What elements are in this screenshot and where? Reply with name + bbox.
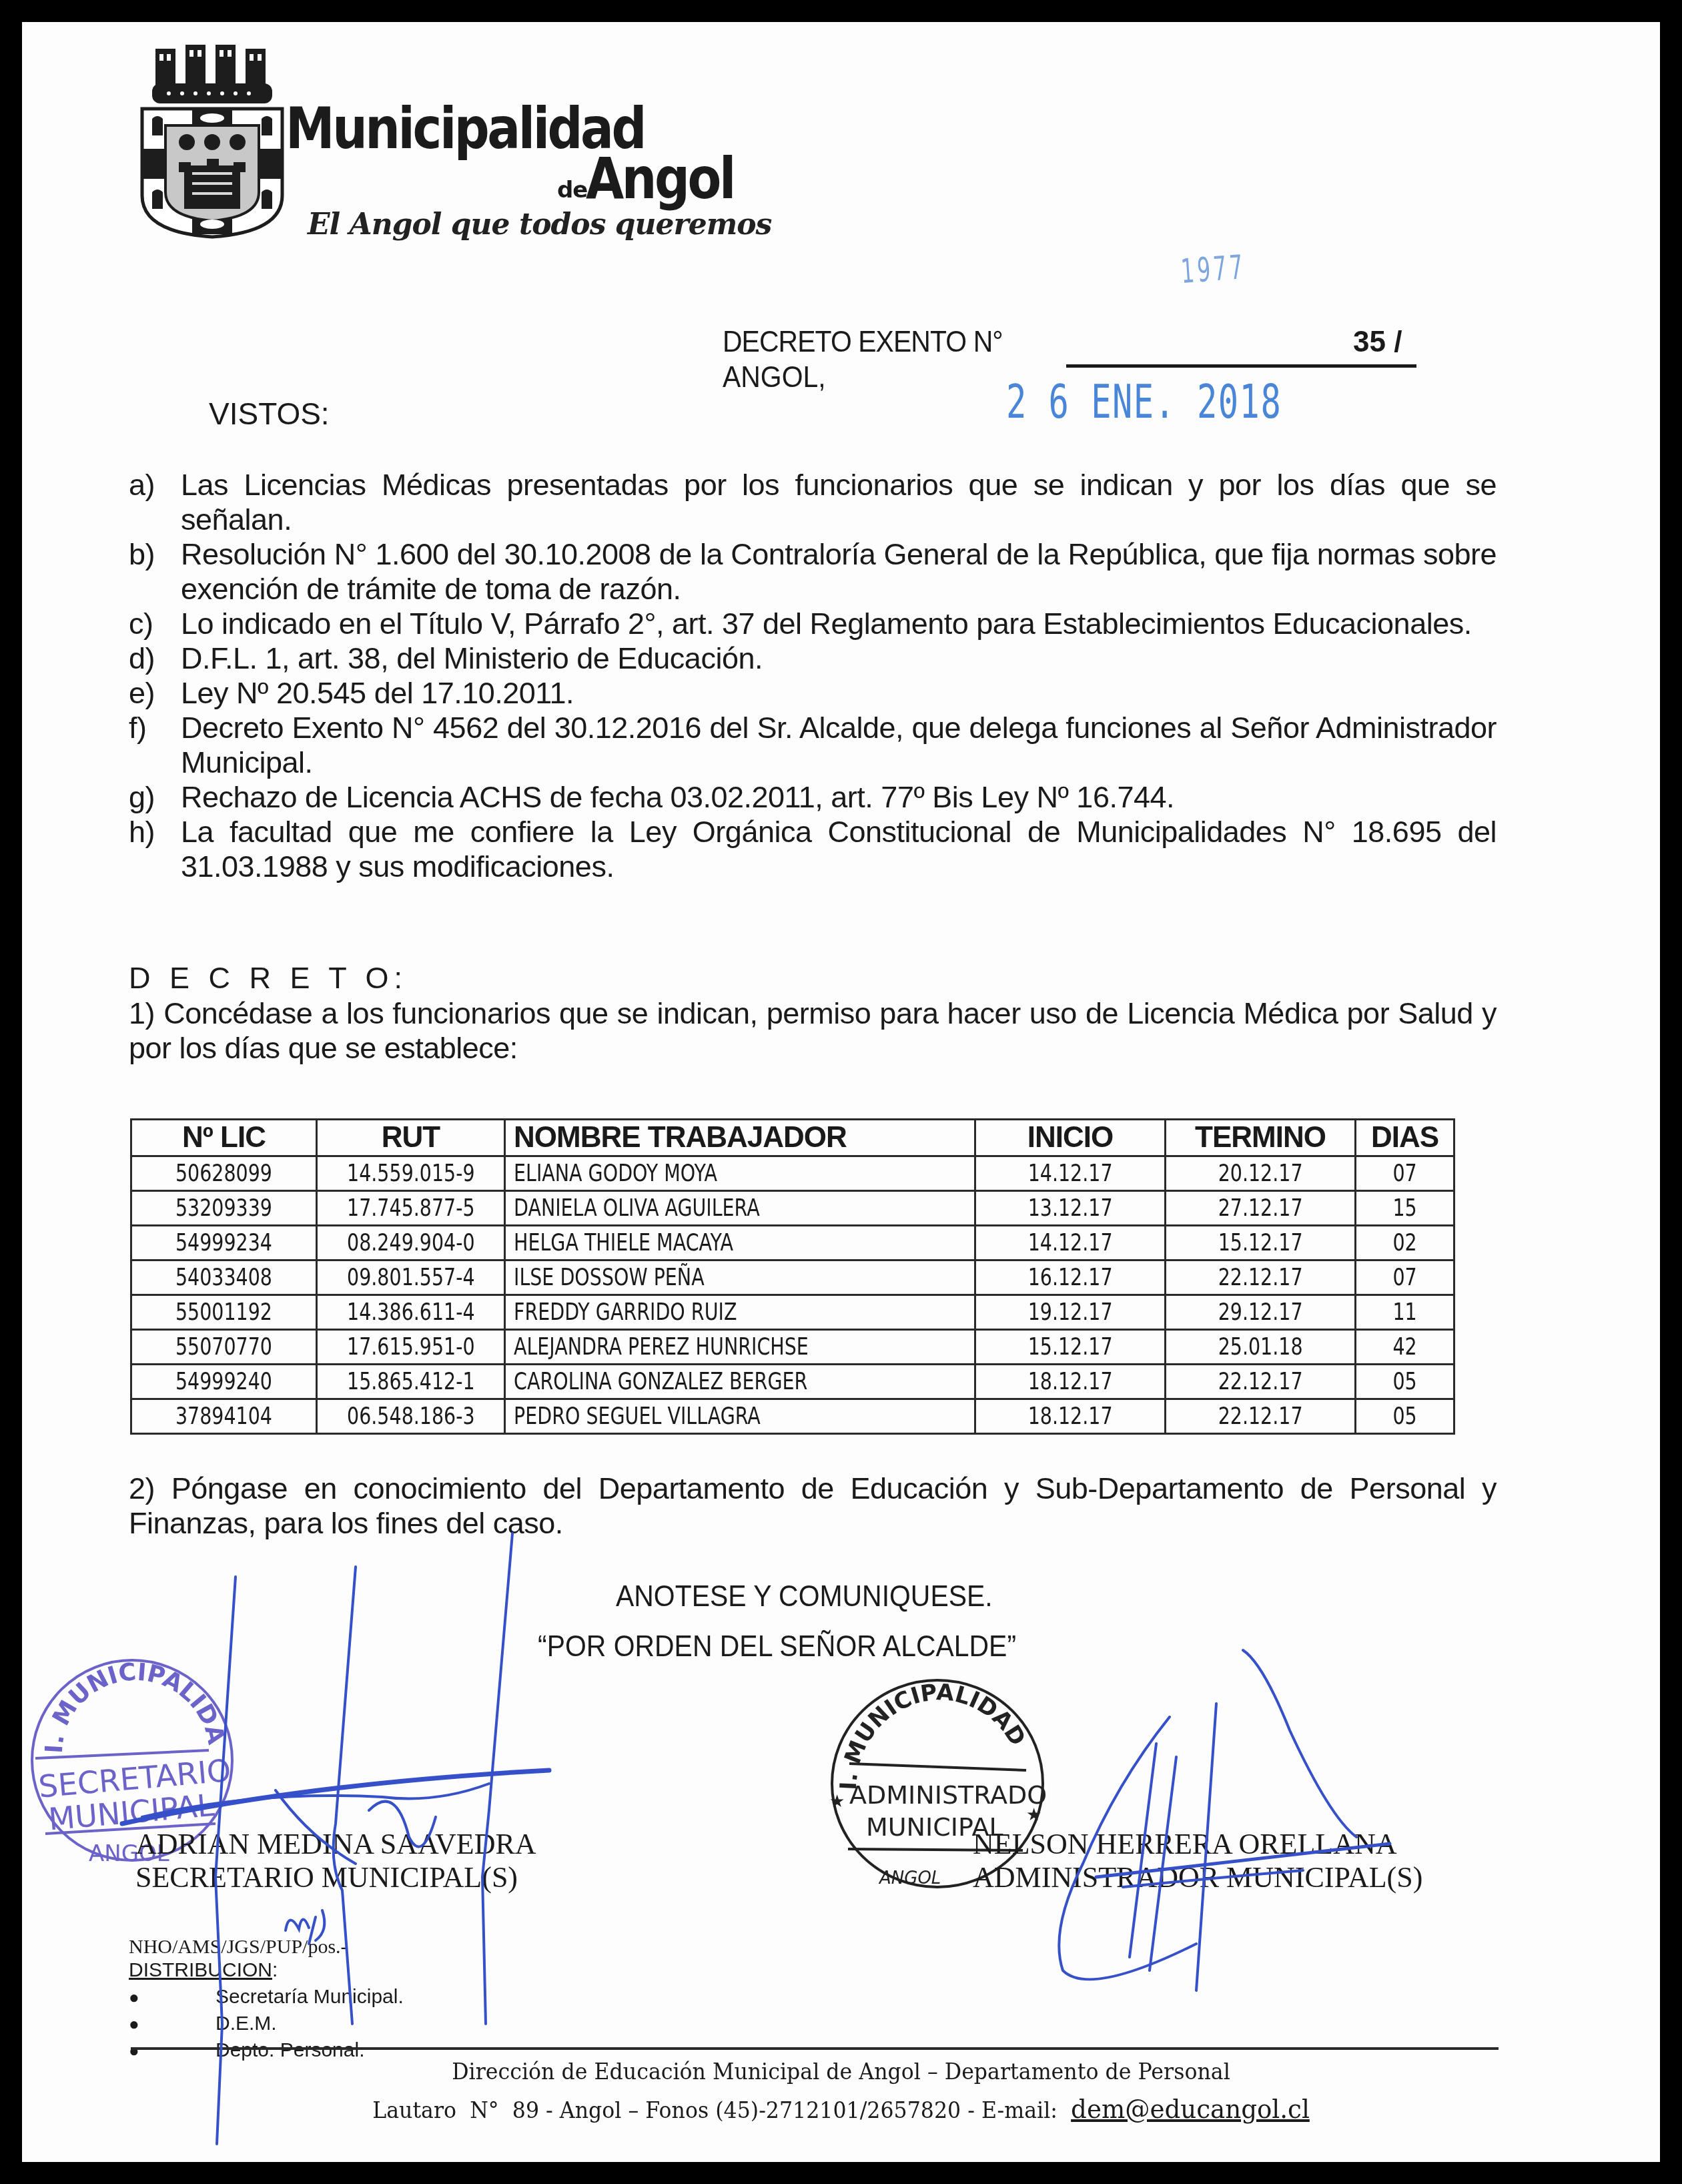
cell-text: 53209339 xyxy=(175,1194,272,1222)
vistos-item-label: h) xyxy=(129,815,181,884)
cell-end-date: 20.12.17 xyxy=(1166,1156,1356,1191)
table-row: 5062809914.559.015-9ELIANA GODOY MOYA14.… xyxy=(131,1156,1454,1191)
cell-text: 02 xyxy=(1392,1229,1416,1256)
decreto-heading: D E C R E T O: xyxy=(129,961,1497,996)
vistos-item-label: c) xyxy=(129,607,181,641)
vistos-item-label: f) xyxy=(129,711,181,780)
cell-text: 22.12.17 xyxy=(1218,1403,1303,1430)
cell-rut: 17.745.877-5 xyxy=(317,1191,505,1226)
vistos-item: g)Rechazo de Licencia ACHS de fecha 03.0… xyxy=(129,780,1497,815)
cell-days: 15 xyxy=(1356,1191,1454,1226)
decreto-point-1: 1) Concédase a los funcionarios que se i… xyxy=(129,996,1497,1066)
distribution-heading-text: DISTRIBUCION xyxy=(129,1959,272,1981)
vistos-item-label: g) xyxy=(129,780,181,815)
column-header-days: DIAS xyxy=(1356,1120,1454,1156)
left-signatory-title: SECRETARIO MUNICIPAL(S) xyxy=(135,1860,518,1894)
cell-text: 15 xyxy=(1392,1194,1416,1222)
cell-text: 16.12.17 xyxy=(1028,1264,1113,1291)
cell-text: 14.386.611-4 xyxy=(347,1299,475,1326)
vistos-item-text: La facultad que me confiere la Ley Orgán… xyxy=(181,815,1497,884)
cell-rut: 08.249.904-0 xyxy=(317,1226,505,1260)
column-header-license-number: Nº LIC xyxy=(131,1120,317,1156)
document-page: Municipalidad de Angol El Angol que todo… xyxy=(22,22,1660,2162)
cell-worker-name: ALEJANDRA PEREZ HUNRICHSE xyxy=(505,1330,975,1365)
cell-text: ILSE DOSSOW PEÑA xyxy=(514,1264,705,1291)
cell-text: 18.12.17 xyxy=(1028,1368,1113,1395)
institution-name-de: de xyxy=(557,177,587,204)
cell-rut: 14.386.611-4 xyxy=(317,1295,505,1330)
decree-date-stamp: 2 6 ENE. 2018 xyxy=(1006,374,1282,429)
cell-end-date: 22.12.17 xyxy=(1166,1260,1356,1295)
vistos-item: c)Lo indicado en el Título V, Párrafo 2°… xyxy=(129,607,1497,641)
cell-worker-name: CAROLINA GONZALEZ BERGER xyxy=(505,1365,975,1399)
vistos-item-text: Ley Nº 20.545 del 17.10.2011. xyxy=(181,676,1497,711)
cell-text: 55070770 xyxy=(175,1333,272,1361)
cell-text: 11 xyxy=(1392,1299,1416,1326)
cell-text: 55001192 xyxy=(175,1299,272,1326)
cell-start-date: 19.12.17 xyxy=(975,1295,1166,1330)
vistos-heading: VISTOS: xyxy=(209,396,330,432)
cell-license-number: 53209339 xyxy=(131,1191,317,1226)
cell-start-date: 15.12.17 xyxy=(975,1330,1166,1365)
svg-text:★: ★ xyxy=(1026,1804,1041,1824)
footer-divider xyxy=(131,2047,1499,2050)
cell-text: HELGA THIELE MACAYA xyxy=(514,1229,733,1256)
table-header-row: Nº LIC RUT NOMBRE TRABAJADOR INICIO TERM… xyxy=(131,1120,1454,1156)
cell-text: 27.12.17 xyxy=(1218,1194,1303,1222)
decree-label: DECRETO EXENTO N° xyxy=(723,326,1003,359)
vistos-list: a)Las Licencias Médicas presentadas por … xyxy=(129,468,1497,884)
cell-text: ALEJANDRA PEREZ HUNRICHSE xyxy=(514,1333,809,1361)
vistos-item: a)Las Licencias Médicas presentadas por … xyxy=(129,468,1497,537)
cell-worker-name: PEDRO SEGUEL VILLAGRA xyxy=(505,1399,975,1434)
decree-number: 35 / xyxy=(1353,326,1402,359)
cell-end-date: 15.12.17 xyxy=(1166,1226,1356,1260)
vistos-item: f)Decreto Exento N° 4562 del 30.12.2016 … xyxy=(129,711,1497,780)
distribution-heading: DISTRIBUCION: xyxy=(129,1959,278,1982)
vistos-item-label: d) xyxy=(129,641,181,676)
footer-email-link[interactable]: dem@educangol.cl xyxy=(1071,2094,1310,2125)
cell-rut: 09.801.557-4 xyxy=(317,1260,505,1295)
cell-text: 22.12.17 xyxy=(1218,1368,1303,1395)
cell-days: 07 xyxy=(1356,1156,1454,1191)
cell-text: 09.801.557-4 xyxy=(347,1264,475,1291)
cell-start-date: 13.12.17 xyxy=(975,1191,1166,1226)
svg-text:I. MUNICIPALIDAD: I. MUNICIPALIDAD xyxy=(22,1644,230,1754)
cell-text: PEDRO SEGUEL VILLAGRA xyxy=(514,1403,761,1430)
table-row: 3789410406.548.186-3PEDRO SEGUEL VILLAGR… xyxy=(131,1399,1454,1434)
distribution-item: ●D.E.M. xyxy=(129,2011,404,2037)
cell-worker-name: ELIANA GODOY MOYA xyxy=(505,1156,975,1191)
decree-number-underline xyxy=(1066,364,1416,368)
bullet-icon: ● xyxy=(129,1987,216,2008)
vistos-item: h)La facultad que me confiere la Ley Org… xyxy=(129,815,1497,884)
column-header-end-date: TERMINO xyxy=(1166,1120,1356,1156)
reference-initials: NHO/AMS/JGS/PUP/pos.- xyxy=(129,1936,348,1958)
medical-leave-table: Nº LIC RUT NOMBRE TRABAJADOR INICIO TERM… xyxy=(130,1118,1455,1435)
cell-text: 15.12.17 xyxy=(1218,1229,1303,1256)
vistos-item: d)D.F.L. 1, art. 38, del Ministerio de E… xyxy=(129,641,1497,676)
vistos-item-label: b) xyxy=(129,537,181,607)
cell-text: 05 xyxy=(1392,1403,1416,1430)
column-header-rut: RUT xyxy=(317,1120,505,1156)
cell-text: 08.249.904-0 xyxy=(347,1229,475,1256)
table-row: 5499923408.249.904-0HELGA THIELE MACAYA1… xyxy=(131,1226,1454,1260)
cell-license-number: 37894104 xyxy=(131,1399,317,1434)
distribution-item-text: Secretaría Municipal. xyxy=(216,1986,404,2009)
bullet-icon: ● xyxy=(129,2041,216,2061)
cell-rut: 17.615.951-0 xyxy=(317,1330,505,1365)
table-row: 5500119214.386.611-4FREDDY GARRIDO RUIZ1… xyxy=(131,1295,1454,1330)
cell-text: 37894104 xyxy=(175,1403,272,1430)
table-row: 5403340809.801.557-4ILSE DOSSOW PEÑA16.1… xyxy=(131,1260,1454,1295)
cell-start-date: 14.12.17 xyxy=(975,1156,1166,1191)
cell-text: 42 xyxy=(1392,1333,1416,1361)
vistos-item-text: Las Licencias Médicas presentadas por lo… xyxy=(181,468,1497,537)
cell-start-date: 18.12.17 xyxy=(975,1365,1166,1399)
vistos-item: b)Resolución N° 1.600 del 30.10.2008 de … xyxy=(129,537,1497,607)
institution-name-angol: Angol xyxy=(586,145,734,212)
cell-license-number: 50628099 xyxy=(131,1156,317,1191)
cell-end-date: 27.12.17 xyxy=(1166,1191,1356,1226)
svg-text:SECRETARIO: SECRETARIO xyxy=(37,1752,233,1805)
cell-start-date: 14.12.17 xyxy=(975,1226,1166,1260)
vistos-item: e)Ley Nº 20.545 del 17.10.2011. xyxy=(129,676,1497,711)
cell-days: 07 xyxy=(1356,1260,1454,1295)
cell-text: 54999234 xyxy=(175,1229,272,1256)
cell-text: 54033408 xyxy=(175,1264,272,1291)
vistos-item-text: Rechazo de Licencia ACHS de fecha 03.02.… xyxy=(181,780,1497,815)
cell-days: 05 xyxy=(1356,1365,1454,1399)
institution-slogan: El Angol que todos queremos xyxy=(308,208,771,242)
cell-text: 18.12.17 xyxy=(1028,1403,1113,1430)
decree-place: ANGOL, xyxy=(723,361,826,394)
cell-text: 07 xyxy=(1392,1160,1416,1187)
cell-text: 05 xyxy=(1392,1368,1416,1395)
cell-license-number: 54999234 xyxy=(131,1226,317,1260)
cell-text: CAROLINA GONZALEZ BERGER xyxy=(514,1368,807,1395)
cell-end-date: 25.01.18 xyxy=(1166,1330,1356,1365)
vistos-item-text: Lo indicado en el Título V, Párrafo 2°, … xyxy=(181,607,1497,641)
column-header-start-date: INICIO xyxy=(975,1120,1166,1156)
cell-text: 07 xyxy=(1392,1264,1416,1291)
vistos-item-text: D.F.L. 1, art. 38, del Ministerio de Edu… xyxy=(181,641,1497,676)
distribution-item: ●Secretaría Municipal. xyxy=(129,1984,404,2011)
column-header-worker-name: NOMBRE TRABAJADOR xyxy=(505,1120,975,1156)
right-signatory-name: NELSON HERRERA ORELLANA xyxy=(973,1827,1397,1861)
decreto-point-2: 2) Póngase en conocimiento del Departame… xyxy=(129,1471,1497,1541)
cell-text: ELIANA GODOY MOYA xyxy=(514,1160,717,1187)
cell-text: 15.865.412-1 xyxy=(347,1368,475,1395)
table-row: 5320933917.745.877-5DANIELA OLIVA AGUILE… xyxy=(131,1191,1454,1226)
cell-end-date: 29.12.17 xyxy=(1166,1295,1356,1330)
svg-text:I. MUNICIPALIDAD: I. MUNICIPALIDAD xyxy=(835,1679,1031,1790)
left-signatory-name: ADRIAN MEDINA SAAVEDRA xyxy=(135,1827,536,1861)
right-signatory-title: ADMINISTRADOR MUNICIPAL(S) xyxy=(973,1860,1422,1894)
table-row: 5499924015.865.412-1CAROLINA GONZALEZ BE… xyxy=(131,1365,1454,1399)
cell-worker-name: DANIELA OLIVA AGUILERA xyxy=(505,1191,975,1226)
cell-license-number: 54033408 xyxy=(131,1260,317,1295)
bullet-icon: ● xyxy=(129,2014,216,2035)
footer-department: Dirección de Educación Municipal de Ango… xyxy=(79,2059,1603,2085)
svg-text:★: ★ xyxy=(829,1791,845,1811)
cell-license-number: 55001192 xyxy=(131,1295,317,1330)
cell-rut: 14.559.015-9 xyxy=(317,1156,505,1191)
cell-text: 50628099 xyxy=(175,1160,272,1187)
closing-anotese: ANOTESE Y COMUNIQUESE. xyxy=(616,1580,993,1613)
cell-text: 15.12.17 xyxy=(1028,1333,1113,1361)
distribution-item-text: D.E.M. xyxy=(216,2013,277,2035)
cell-text: FREDDY GARRIDO RUIZ xyxy=(514,1299,737,1326)
registry-number-stamp: 1977 xyxy=(1180,248,1247,291)
cell-text: 54999240 xyxy=(175,1368,272,1395)
cell-end-date: 22.12.17 xyxy=(1166,1365,1356,1399)
cell-text: DANIELA OLIVA AGUILERA xyxy=(514,1194,760,1222)
cell-text: 22.12.17 xyxy=(1218,1264,1303,1291)
footer-address: Lautaro N° 89 - Angol – Fonos (45)-27121… xyxy=(372,2097,1071,2124)
distribution-heading-colon: : xyxy=(272,1959,278,1982)
cell-start-date: 18.12.17 xyxy=(975,1399,1166,1434)
cell-text: 14.12.17 xyxy=(1028,1160,1113,1187)
vistos-item-text: Resolución N° 1.600 del 30.10.2008 de la… xyxy=(181,537,1497,607)
cell-license-number: 55070770 xyxy=(131,1330,317,1365)
cell-rut: 06.548.186-3 xyxy=(317,1399,505,1434)
cell-start-date: 16.12.17 xyxy=(975,1260,1166,1295)
cell-text: 29.12.17 xyxy=(1218,1299,1303,1326)
footer-contact: Lautaro N° 89 - Angol – Fonos (45)-27121… xyxy=(79,2094,1603,2125)
cell-end-date: 22.12.17 xyxy=(1166,1399,1356,1434)
closing-por-orden: “POR ORDEN DEL SEÑOR ALCALDE” xyxy=(538,1630,1016,1664)
cell-text: 14.559.015-9 xyxy=(347,1160,475,1187)
vistos-item-label: e) xyxy=(129,676,181,711)
cell-text: 25.01.18 xyxy=(1218,1333,1303,1361)
vistos-item-text: Decreto Exento N° 4562 del 30.12.2016 de… xyxy=(181,711,1497,780)
vistos-item-label: a) xyxy=(129,468,181,537)
distribution-list: ●Secretaría Municipal.●D.E.M.●Depto. Per… xyxy=(129,1984,404,2064)
cell-text: 06.548.186-3 xyxy=(347,1403,475,1430)
cell-text: 13.12.17 xyxy=(1028,1194,1113,1222)
svg-text:ADMINISTRADOR: ADMINISTRADOR xyxy=(849,1780,1049,1810)
cell-text: 19.12.17 xyxy=(1028,1299,1113,1326)
cell-license-number: 54999240 xyxy=(131,1365,317,1399)
municipal-crest-icon xyxy=(139,42,296,239)
svg-text:ANGOL: ANGOL xyxy=(878,1868,941,1888)
cell-text: 20.12.17 xyxy=(1218,1160,1303,1187)
cell-days: 11 xyxy=(1356,1295,1454,1330)
cell-worker-name: FREDDY GARRIDO RUIZ xyxy=(505,1295,975,1330)
cell-days: 05 xyxy=(1356,1399,1454,1434)
cell-days: 42 xyxy=(1356,1330,1454,1365)
table-row: 5507077017.615.951-0ALEJANDRA PEREZ HUNR… xyxy=(131,1330,1454,1365)
cell-rut: 15.865.412-1 xyxy=(317,1365,505,1399)
cell-worker-name: HELGA THIELE MACAYA xyxy=(505,1226,975,1260)
cell-text: 17.615.951-0 xyxy=(347,1333,475,1361)
cell-worker-name: ILSE DOSSOW PEÑA xyxy=(505,1260,975,1295)
cell-days: 02 xyxy=(1356,1226,1454,1260)
cell-text: 17.745.877-5 xyxy=(347,1194,475,1222)
cell-text: 14.12.17 xyxy=(1028,1229,1113,1256)
